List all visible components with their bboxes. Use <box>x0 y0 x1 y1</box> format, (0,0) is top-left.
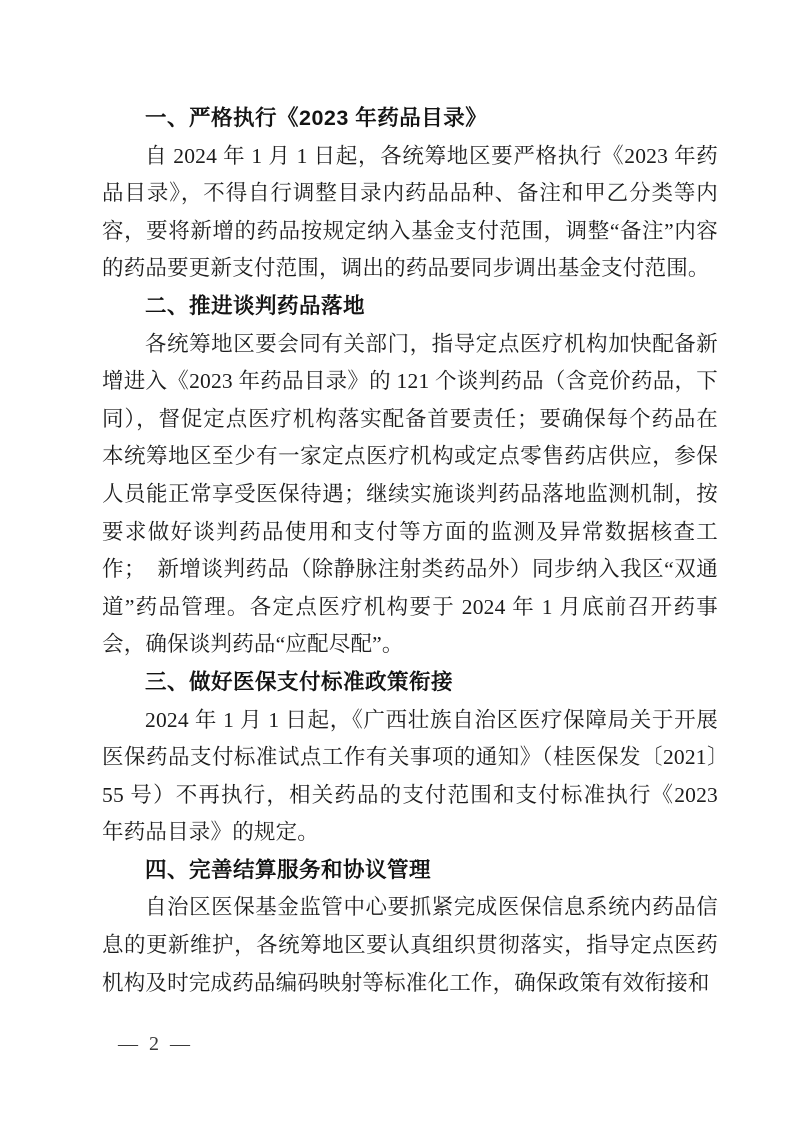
section-3-heading: 三、做好医保支付标准政策衔接 <box>102 664 718 702</box>
section-4-paragraph: 自治区医保基金监管中心要抓紧完成医保信息系统内药品信息的更新维护，各统筹地区要认… <box>102 889 718 1002</box>
section-2: 二、推进谈判药品落地 各统筹地区要会同有关部门，指导定点医疗机构加快配备新增进入… <box>102 288 718 664</box>
section-4-heading: 四、完善结算服务和协议管理 <box>102 852 718 890</box>
section-1-heading: 一、严格执行《2023 年药品目录》 <box>102 100 718 138</box>
section-4: 四、完善结算服务和协议管理 自治区医保基金监管中心要抓紧完成医保信息系统内药品信… <box>102 852 718 1002</box>
section-2-paragraph: 各统筹地区要会同有关部门，指导定点医疗机构加快配备新增进入《2023 年药品目录… <box>102 326 718 664</box>
page-number: — 2 — <box>118 1032 193 1056</box>
section-1: 一、严格执行《2023 年药品目录》 自 2024 年 1 月 1 日起，各统筹… <box>102 100 718 288</box>
section-1-paragraph: 自 2024 年 1 月 1 日起，各统筹地区要严格执行《2023 年药品目录》… <box>102 138 718 288</box>
document-page: 一、严格执行《2023 年药品目录》 自 2024 年 1 月 1 日起，各统筹… <box>0 0 800 1130</box>
document-body: 一、严格执行《2023 年药品目录》 自 2024 年 1 月 1 日起，各统筹… <box>102 100 718 1002</box>
section-3: 三、做好医保支付标准政策衔接 2024 年 1 月 1 日起，《广西壮族自治区医… <box>102 664 718 852</box>
section-3-paragraph: 2024 年 1 月 1 日起，《广西壮族自治区医疗保障局关于开展医保药品支付标… <box>102 702 718 852</box>
section-2-heading: 二、推进谈判药品落地 <box>102 288 718 326</box>
